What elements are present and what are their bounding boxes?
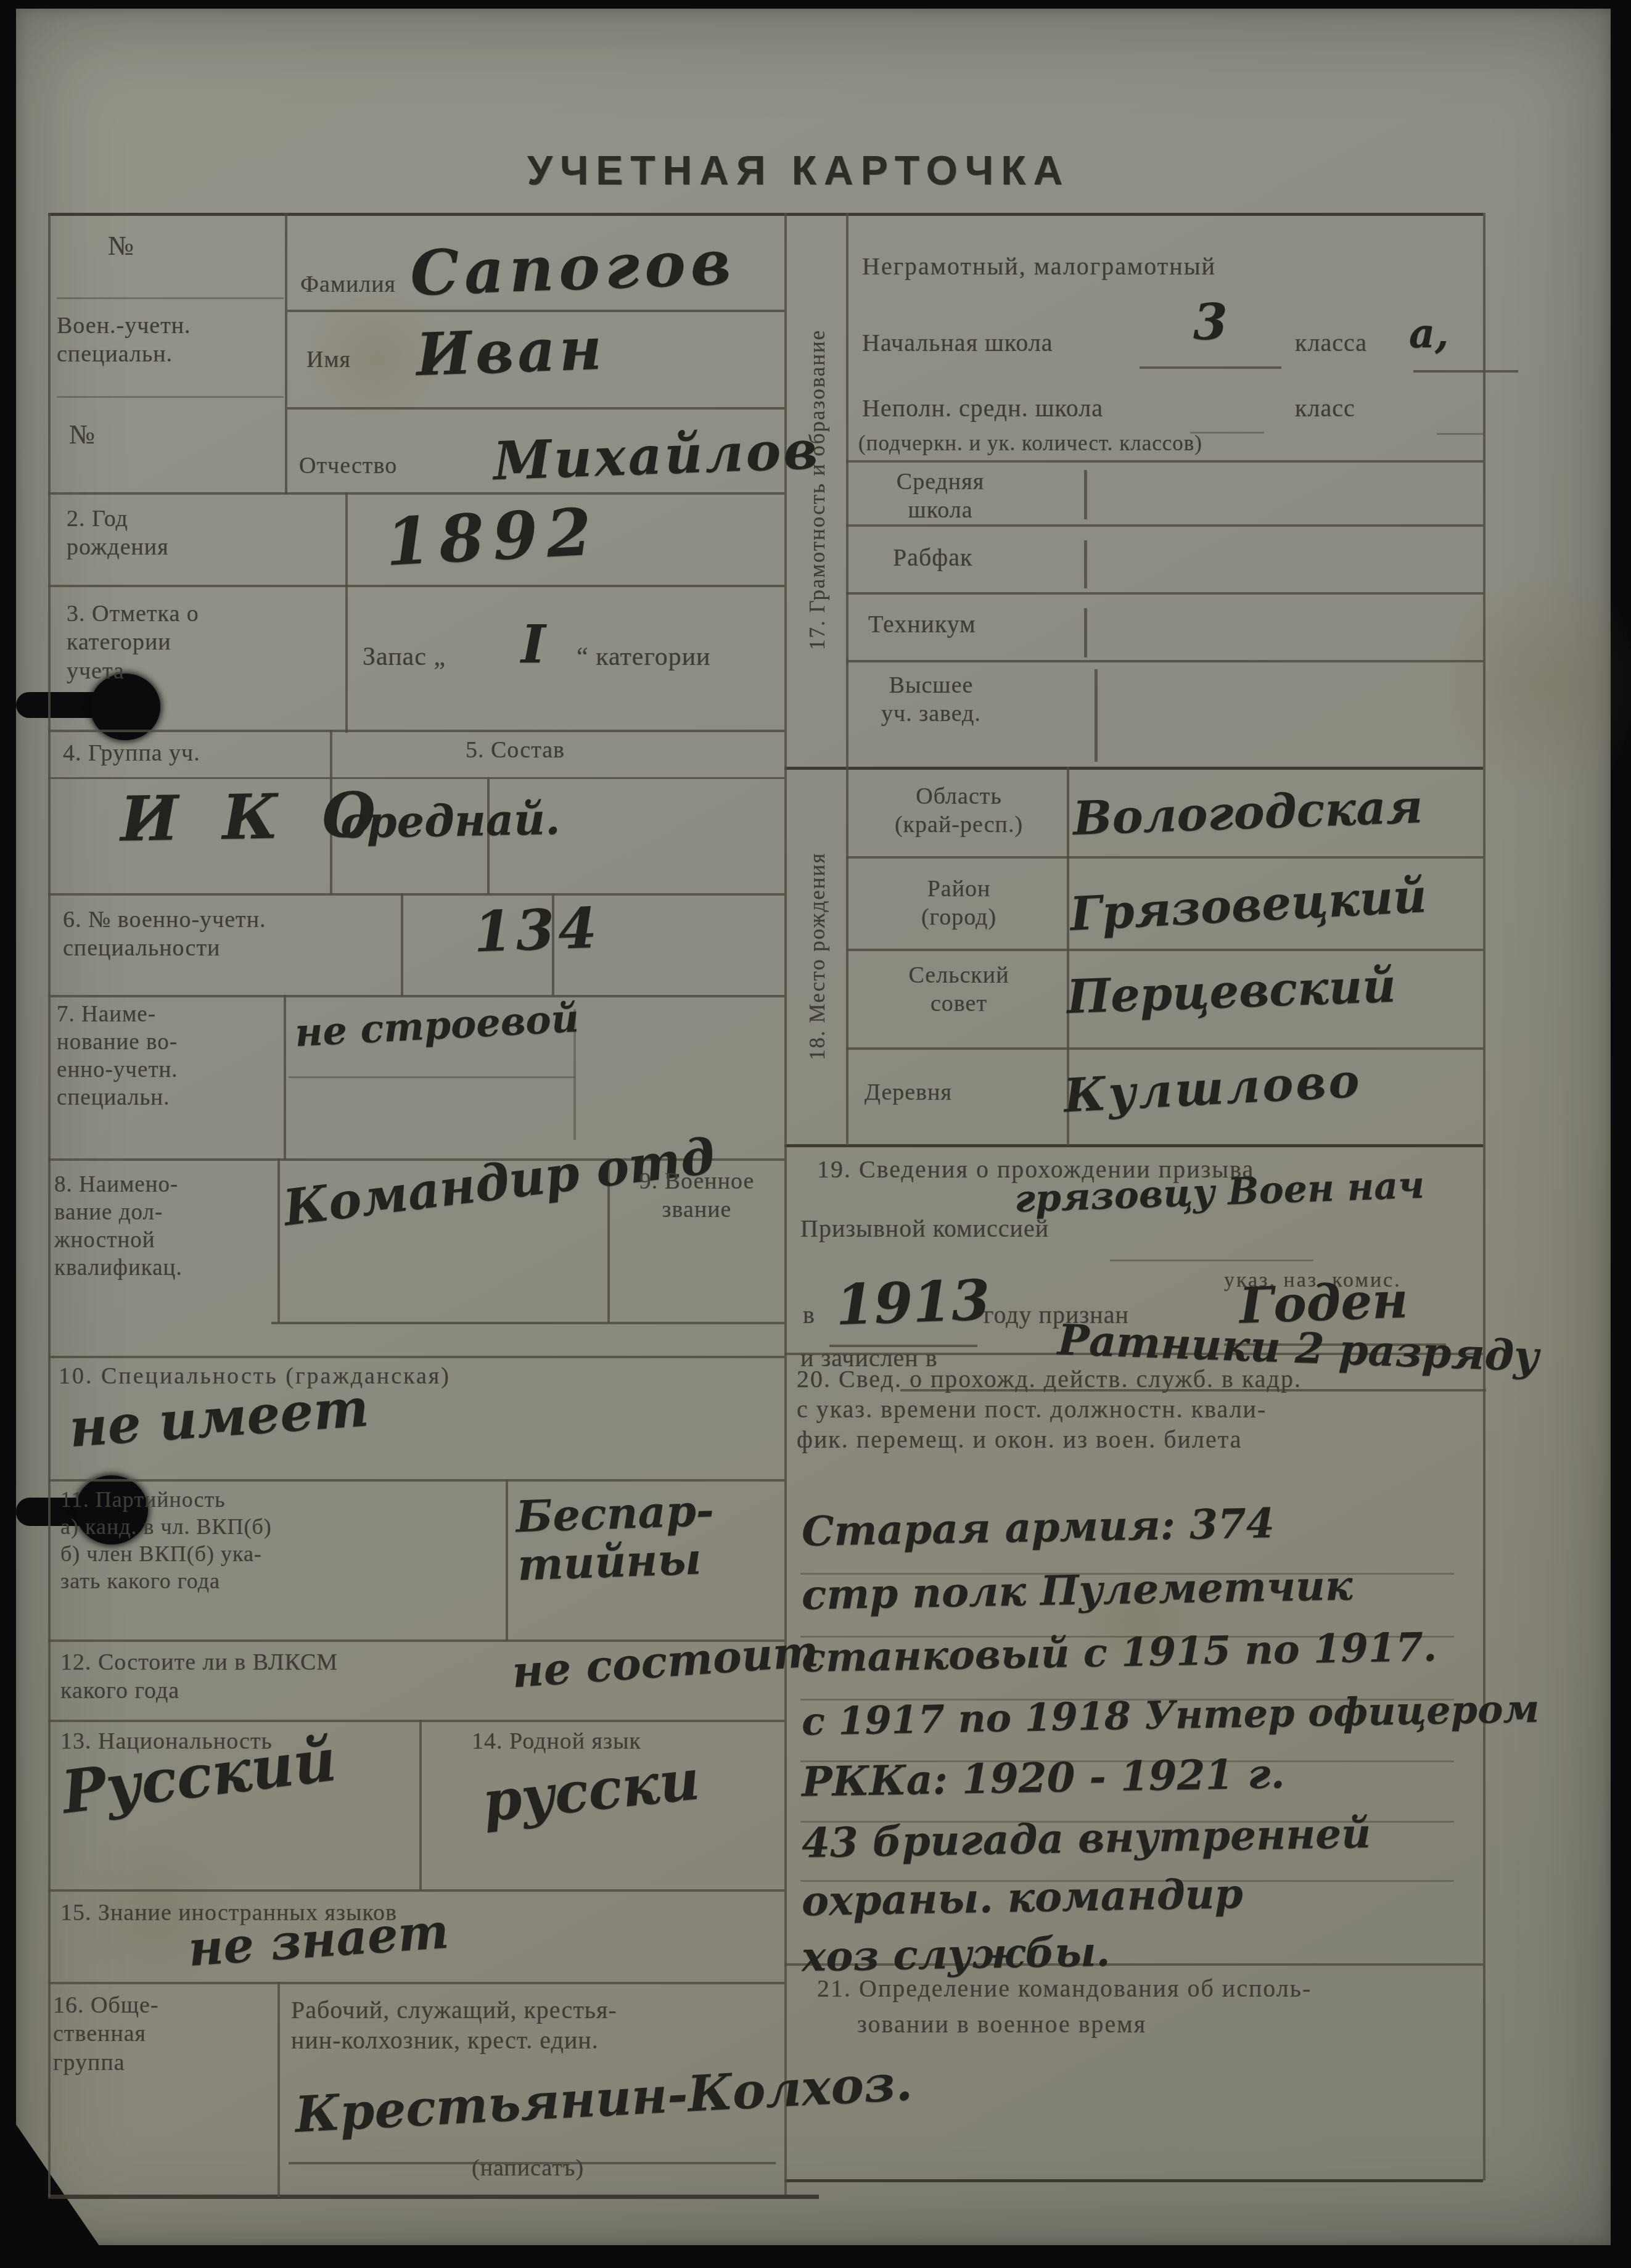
selsoviet-label: Сельский совет	[857, 961, 1061, 1018]
surname-label: Фамилия	[300, 270, 396, 299]
table-line	[784, 1144, 1483, 1147]
table-line	[846, 660, 1483, 662]
spec-name-label: 7. Наиме- нование во- енно-учетн. специа…	[57, 1000, 178, 1112]
service-record-line: Старая армия: 374	[801, 1501, 1275, 1554]
patronymic-label: Отчество	[299, 452, 397, 480]
table-line	[784, 767, 1483, 770]
blank-line	[1110, 1260, 1313, 1261]
table-line	[1095, 669, 1098, 762]
table-line	[287, 310, 784, 312]
spec-number-label: 6. № военно-учетн. специальности	[63, 905, 266, 963]
table-line	[48, 585, 784, 587]
field-number-bottom-label: №	[69, 418, 96, 452]
service-record-line: 43 бригада внутренней	[801, 1811, 1371, 1866]
social-group-note: (написатъ)	[472, 2154, 584, 2182]
table-line	[419, 1720, 422, 1891]
table-line	[846, 213, 848, 1145]
table-line	[846, 460, 1483, 463]
native-language-label: 14. Родной язык	[472, 1727, 641, 1755]
technikum-label: Техникум	[868, 609, 976, 640]
service-record-line: хоз службы.	[801, 1929, 1111, 1981]
table-line	[48, 893, 784, 896]
service-record-line: охраны. командир	[801, 1871, 1243, 1924]
command-determination-label-line2: зовании в военное время	[857, 2010, 1146, 2040]
sostav-value: среднай.	[340, 795, 561, 847]
table-line	[48, 1720, 784, 1722]
service-record-line: РККа: 1920 - 1921 г.	[801, 1751, 1285, 1805]
service-record-label: 20. Свед. о прохожд. действ. служб. в ка…	[797, 1364, 1302, 1454]
secondary-school-label: Неполн. средн. школа	[862, 394, 1103, 424]
region-value: Вологодская	[1072, 780, 1424, 844]
conscription-year-value: 1913	[834, 1269, 991, 1337]
vlksm-label: 12. Состоите ли в ВЛКСМ какого года	[60, 1648, 338, 1705]
table-line	[48, 777, 784, 779]
table-line	[48, 213, 1483, 216]
birth-year-label: 2. Год рождения	[67, 505, 169, 562]
village-label: Деревня	[865, 1078, 952, 1107]
literacy-section-vertical-label: 17. Грамотность и образование	[792, 216, 844, 764]
patronymic-value: Михайлов	[493, 421, 821, 492]
table-line	[846, 949, 1483, 951]
table-line	[1084, 608, 1087, 658]
party-label: 11. Партийность а) канд. в чл. ВКП(б) б)…	[60, 1487, 272, 1595]
category-suffix: “ категории	[577, 641, 711, 673]
command-determination-label-line1: 21. Определение командования об исполь-	[817, 1974, 1312, 2004]
category-value: I	[521, 616, 546, 674]
firstname-value: Иван	[415, 316, 606, 389]
table-line	[1084, 540, 1087, 588]
table-line	[57, 396, 284, 398]
table-line	[48, 995, 784, 997]
table-line	[48, 1889, 784, 1892]
table-line	[277, 1158, 280, 1323]
birth-year-value: 1892	[384, 495, 602, 579]
spec-number-value: 134	[472, 897, 601, 963]
selsoviet-value: Перцевский	[1066, 960, 1397, 1023]
table-line	[846, 1047, 1483, 1050]
table-line	[846, 592, 1483, 595]
primary-school-value: 3	[1193, 295, 1228, 350]
social-group-options: Рабочий, служащий, крестья- нин-колхозни…	[291, 1995, 617, 2056]
conscription-commission-label: Призывной комиссией	[800, 1214, 1049, 1244]
higher-education-label: Высшее уч. завед.	[854, 671, 1008, 728]
illiterate-label: Неграмотный, малограмотный	[862, 252, 1216, 282]
category-prefix: Запас „	[363, 641, 446, 673]
table-line	[285, 213, 287, 495]
sostav-label: 5. Состав	[466, 736, 565, 764]
category-label: 3. Отметка о категории учета	[67, 600, 199, 685]
table-line	[48, 1982, 784, 1984]
conscription-in-label: в	[803, 1300, 815, 1330]
blank-line	[1140, 366, 1281, 369]
middle-school-label: Средняя школа	[873, 468, 1008, 525]
scanned-photo: УЧЕТНАЯ КАРТОЧКА	[0, 0, 1631, 2268]
social-group-label: 16. Обще- ственная группа	[53, 1991, 159, 2077]
table-line	[846, 856, 1483, 859]
field-number-top-label: №	[108, 229, 134, 263]
table-line	[57, 297, 284, 299]
firstname-label: Имя	[306, 345, 351, 374]
page-title: УЧЕТНАЯ КАРТОЧКА	[487, 147, 1110, 194]
field-mil-spec-label: Воен.-учетн. специальн.	[57, 311, 285, 369]
table-line	[48, 492, 784, 495]
table-line	[287, 407, 784, 410]
secondary-class-label: класс	[1295, 394, 1355, 424]
primary-class-label: класса	[1295, 328, 1367, 358]
primary-school-label: Начальная школа	[862, 328, 1053, 358]
table-line	[345, 492, 348, 733]
table-line	[48, 1356, 784, 1358]
region-label: Область (край-респ.)	[857, 782, 1061, 839]
table-line	[784, 2179, 1483, 2182]
table-line	[48, 730, 784, 732]
table-line	[1483, 213, 1485, 2180]
table-line	[401, 893, 403, 996]
underline-note: (подчеркн. и ук. количест. классов)	[858, 431, 1202, 457]
rank-label: 9. Военное звание	[617, 1167, 777, 1224]
party-value: Беспар- тийны	[515, 1486, 717, 1590]
birthplace-section-vertical-label: 18. Место рождения	[792, 774, 844, 1138]
surname-value: Сапогов	[409, 228, 737, 308]
table-line	[1084, 470, 1087, 519]
table-line	[784, 213, 787, 2195]
position-label: 8. Наимено- вание дол- жностной квалифик…	[54, 1171, 183, 1282]
rabfak-label: Рабфак	[893, 543, 972, 573]
service-record-line: стр полк Пулеметчик	[801, 1563, 1353, 1618]
table-line	[506, 1479, 508, 1641]
group-label: 4. Группа уч.	[63, 739, 200, 767]
district-label: Район (город)	[857, 875, 1061, 932]
table-line	[48, 2195, 819, 2199]
table-line	[48, 213, 51, 2197]
blank-line	[1413, 370, 1518, 373]
primary-class-value: а,	[1409, 311, 1449, 357]
handwriting-underline	[289, 1076, 575, 1078]
handwriting-underline	[271, 1322, 784, 1324]
blank-line	[1437, 433, 1483, 435]
table-line	[277, 1982, 280, 2197]
table-line	[48, 1479, 784, 1482]
table-line	[284, 995, 286, 1160]
